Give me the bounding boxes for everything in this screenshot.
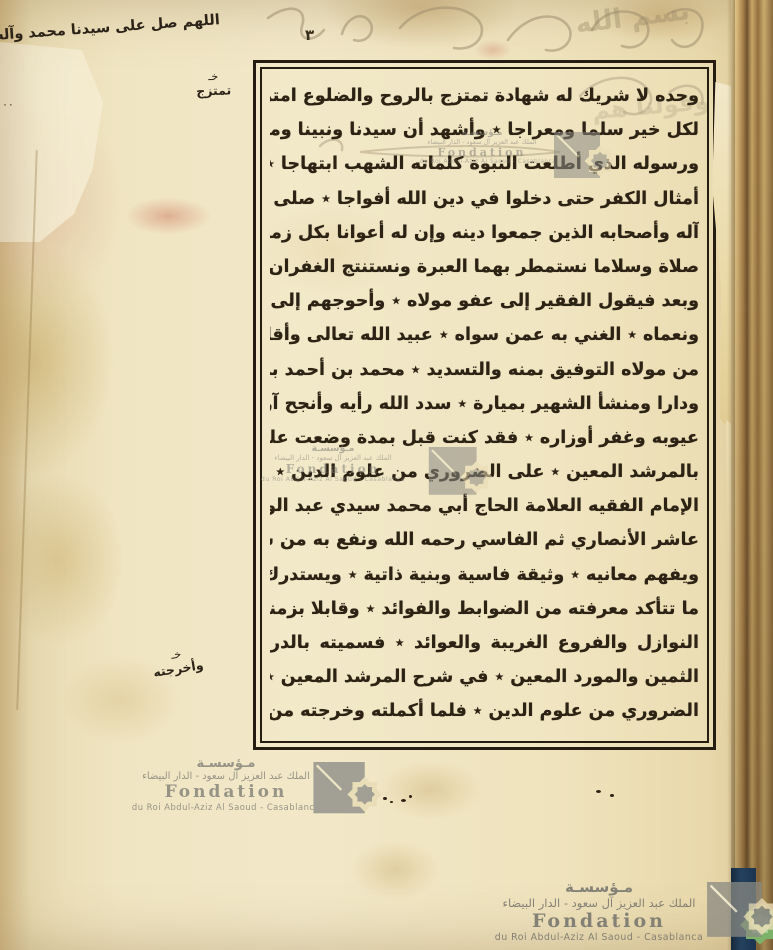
manuscript-line: ويفهم معانيه ٭ وثيقة فاسية وبنية ذاتية ٭…	[270, 558, 699, 592]
watermark-arabic-subtitle: الملك عبد العزيز آل سعود - الدار البيضاء	[126, 771, 326, 782]
manuscript-line: ونعماه ٭ الغني به عمن سواه ٭ عبيد الله ت…	[270, 318, 699, 352]
manuscript-line: ودارا ومنشأ الشهير بميارة ٭ سدد الله رأي…	[270, 387, 699, 421]
manuscript-line: الثمين والمورد المعين ٭ في شرح المرشد ال…	[270, 660, 699, 694]
manuscript-line: عاشر الأنصاري ثم الفاسي رحمه الله ونفع ب…	[270, 523, 699, 557]
margin-note-variant-1: خـ تمتزج	[196, 69, 232, 98]
page-number: ٣	[305, 26, 314, 44]
manuscript-line: الضروري من علوم الدين ٭ فلما أكملته وخرج…	[270, 694, 699, 728]
manuscript-line: صلاة وسلاما نستمطر بهما العبرة ونستنتج ا…	[270, 250, 699, 284]
watermark-latin-subtitle: du Roi Abdul-Aziz Al Saoud - Casablanca	[420, 159, 544, 165]
scanned-manuscript-page: ٠٠ بسم الله وقولنا هم ٣ اللهم صل على سيد…	[0, 0, 773, 950]
manuscript-line: وحده لا شريك له شهادة تمتزج بالروح والضل…	[270, 79, 699, 113]
watermark-latin-title: Fondation	[236, 462, 430, 476]
foundation-watermark: مـؤسسـة الملك عبد العزيز آل سعود - الدار…	[236, 443, 488, 503]
watermark-latin-subtitle: du Roi Abdul-Aziz Al Saoud - Casablanca	[478, 932, 720, 943]
foundation-logo-icon	[706, 882, 773, 944]
foundation-logo-icon	[428, 447, 494, 501]
watermark-arabic-title: مـؤسسـة	[478, 878, 720, 896]
manuscript-line: ما تتأكد معرفته من الضوابط والفوائد ٭ وق…	[270, 592, 699, 626]
watermark-latin-title: Fondation	[126, 782, 326, 802]
manuscript-line: من مولاه التوفيق بمنه والتسديد ٭ محمد بن…	[270, 353, 699, 387]
manuscript-line: النوازل والفروع الغريبة والعوائد ٭ فسميت…	[270, 626, 699, 660]
binding-edge	[731, 0, 773, 950]
watermark-latin-subtitle: du Roi Abdul-Aziz Al Saoud - Casablanca	[236, 476, 430, 483]
foundation-logo-icon	[554, 132, 616, 184]
watermark-latin-title: Fondation	[478, 910, 720, 932]
watermark-arabic-title: مـؤسسـة	[420, 128, 544, 138]
watermark-latin-title: Fondation	[420, 146, 544, 159]
foundation-watermark: مـؤسسـة الملك عبد العزيز آل سعود - الدار…	[126, 756, 378, 824]
watermark-arabic-subtitle: الملك عبد العزيز آل سعود - الدار البيضاء	[420, 138, 544, 146]
watermark-arabic-title: مـؤسسـة	[236, 443, 430, 454]
watermark-arabic-subtitle: الملك عبد العزيز آل سعود - الدار البيضاء	[236, 454, 430, 462]
watermark-arabic-subtitle: الملك عبد العزيز آل سعود - الدار البيضاء	[478, 896, 720, 910]
manuscript-line: وبعد فيقول الفقير إلى عفو مولاه ٭ وأحوجه…	[270, 284, 699, 318]
foundation-logo-icon	[312, 762, 384, 820]
edge-ink-dots: ٠٠	[2, 98, 22, 110]
manuscript-line: آله وأصحابه الذين جمعوا دينه وإن له أعوا…	[270, 216, 699, 250]
foundation-watermark: مـؤسسـة الملك عبد العزيز آل سعود - الدار…	[420, 128, 616, 188]
watermark-arabic-title: مـؤسسـة	[126, 756, 326, 771]
binding-shadow	[727, 0, 735, 950]
watermark-latin-subtitle: du Roi Abdul-Aziz Al Saoud - Casablanca	[126, 802, 326, 812]
variant-siglum: خـ	[196, 69, 231, 83]
variant-text: تمتزج	[196, 82, 231, 98]
foundation-watermark: مـؤسسـة الملك عبد العزيز آل سعود - الدار…	[478, 878, 768, 950]
